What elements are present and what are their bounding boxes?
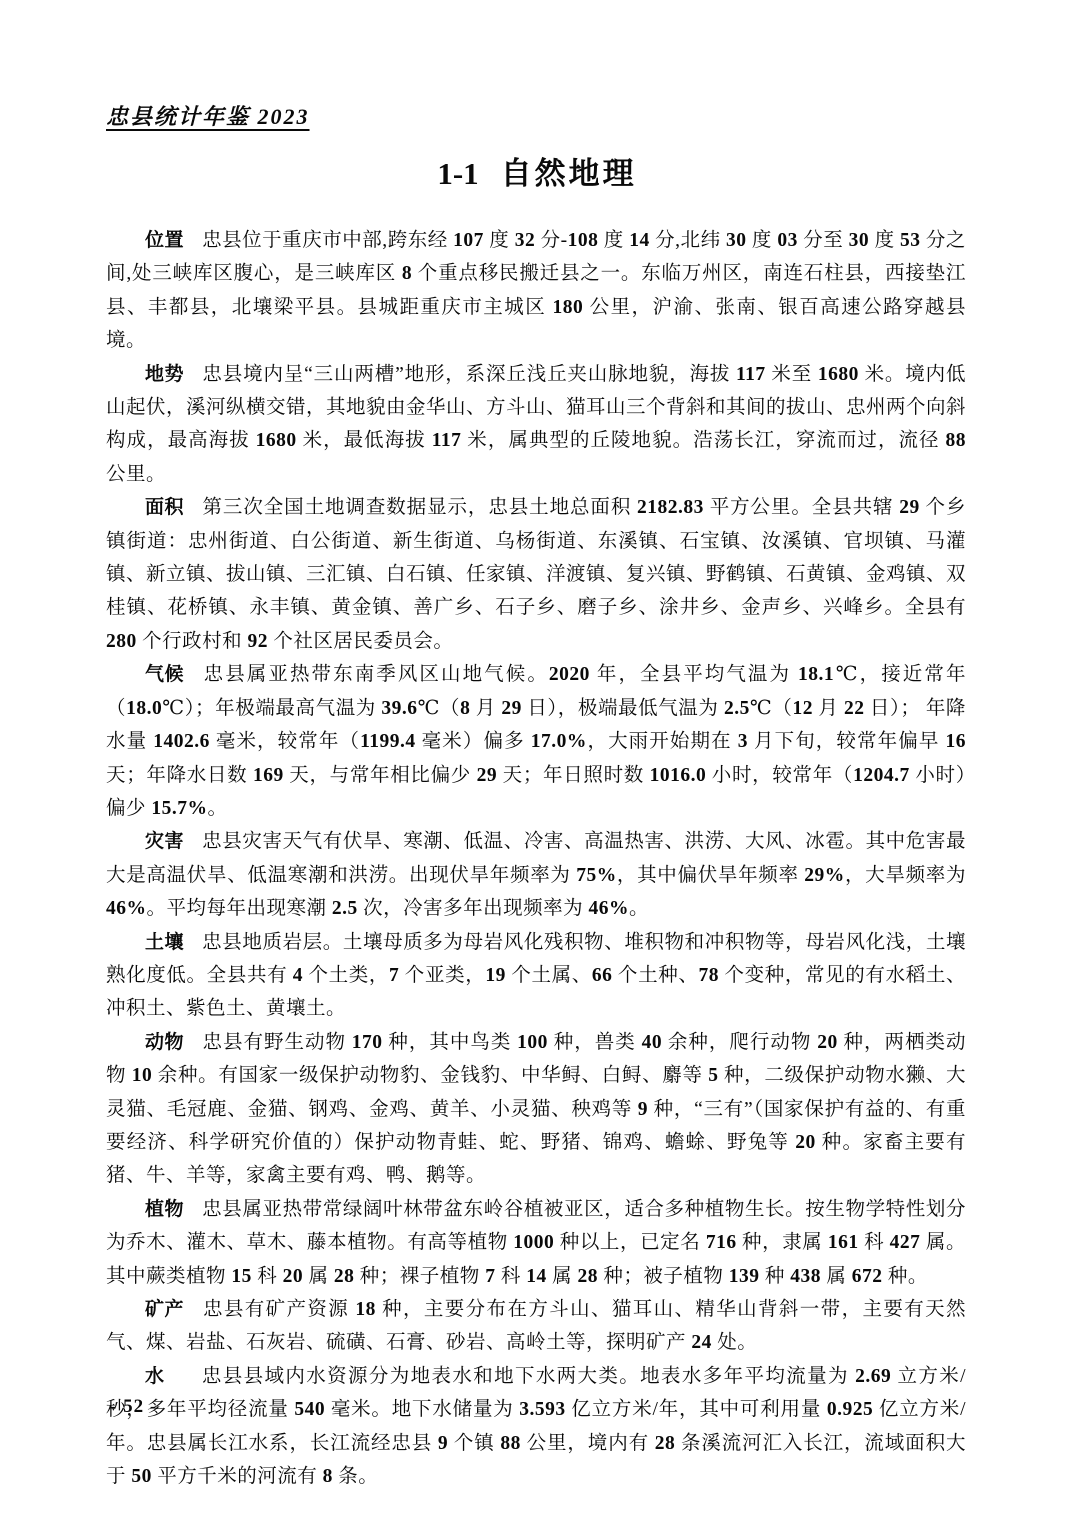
section-plants: 植物忠县属亚热带常绿阔叶林带盆东岭谷植被亚区，适合多种植物生长。按生物学特性划分… — [106, 1193, 966, 1293]
section-plants-label: 植物 — [145, 1193, 184, 1226]
page-title-text: 自然地理 — [501, 156, 637, 191]
section-soil-text: 忠县地质岩层。土壤母质多为母岩风化残积物、堆积物和冲积物等，母岩风化浅，土壤熟化… — [106, 932, 966, 1020]
section-minerals-label: 矿产 — [145, 1293, 184, 1326]
section-plants-text: 忠县属亚热带常绿阔叶林带盆东岭谷植被亚区，适合多种植物生长。按生物学特性划分为乔… — [106, 1199, 966, 1287]
section-terrain-text: 忠县境内呈“三山两槽”地形，系深丘浅丘夹山脉地貌，海拔 117 米至 1680 … — [106, 364, 966, 485]
section-water: 水忠县县域内水资源分为地表水和地下水两大类。地表水多年平均流量为 2.69 立方… — [106, 1360, 966, 1494]
section-location-text: 忠县位于重庆市中部,跨东经 107 度 32 分-108 度 14 分,北纬 3… — [106, 230, 966, 351]
section-animals-label: 动物 — [145, 1026, 184, 1059]
section-climate-text: 忠县属亚热带东南季风区山地气候。2020 年，全县平均气温为 18.1℃，接近常… — [106, 664, 966, 819]
section-animals-text: 忠县有野生动物 170 种，其中鸟类 100 种，兽类 40 余种，爬行动物 2… — [106, 1032, 966, 1187]
section-water-label: 水 — [145, 1360, 183, 1393]
section-location: 位置忠县位于重庆市中部,跨东经 107 度 32 分-108 度 14 分,北纬… — [106, 224, 966, 358]
yearbook-header: 忠县统计年鉴 2023 — [106, 100, 310, 131]
section-animals: 动物忠县有野生动物 170 种，其中鸟类 100 种，兽类 40 余种，爬行动物… — [106, 1026, 966, 1193]
section-climate-label: 气候 — [145, 658, 184, 691]
section-water-text: 忠县县域内水资源分为地表水和地下水两大类。地表水多年平均流量为 2.69 立方米… — [106, 1366, 966, 1487]
section-soil: 土壤忠县地质岩层。土壤母质多为母岩风化残积物、堆积物和冲积物等，母岩风化浅，土壤… — [106, 926, 966, 1026]
section-terrain: 地势忠县境内呈“三山两槽”地形，系深丘浅丘夹山脉地貌，海拔 117 米至 168… — [106, 358, 966, 492]
section-minerals: 矿产忠县有矿产资源 18 种，主要分布在方斗山、猫耳山、精华山背斜一带，主要有天… — [106, 1293, 966, 1360]
section-soil-label: 土壤 — [145, 926, 184, 959]
document-body: 位置忠县位于重庆市中部,跨东经 107 度 32 分-108 度 14 分,北纬… — [106, 224, 966, 1493]
section-terrain-label: 地势 — [145, 358, 184, 391]
section-minerals-text: 忠县有矿产资源 18 种，主要分布在方斗山、猫耳山、精华山背斜一带，主要有天然气… — [106, 1299, 966, 1353]
section-area-text: 第三次全国土地调查数据显示，忠县土地总面积 2182.83 平方公里。全县共辖 … — [106, 497, 966, 652]
section-area-label: 面积 — [145, 491, 184, 524]
page-title-number: 1-1 — [437, 156, 478, 191]
yearbook-page: 忠县统计年鉴 2023 1-1自然地理 位置忠县位于重庆市中部,跨东经 107 … — [0, 0, 1074, 1520]
page-title: 1-1自然地理 — [0, 148, 1074, 193]
section-climate: 气候忠县属亚热带东南季风区山地气候。2020 年，全县平均气温为 18.1℃，接… — [106, 658, 966, 825]
section-area: 面积第三次全国土地调查数据显示，忠县土地总面积 2182.83 平方公里。全县共… — [106, 491, 966, 658]
page-number: - 52 - — [110, 1396, 157, 1418]
section-disaster-label: 灾害 — [145, 825, 184, 858]
section-disaster: 灾害忠县灾害天气有伏旱、寒潮、低温、冷害、高温热害、洪涝、大风、冰雹。其中危害最… — [106, 825, 966, 925]
section-location-label: 位置 — [145, 224, 184, 257]
section-disaster-text: 忠县灾害天气有伏旱、寒潮、低温、冷害、高温热害、洪涝、大风、冰雹。其中危害最大是… — [106, 831, 966, 919]
